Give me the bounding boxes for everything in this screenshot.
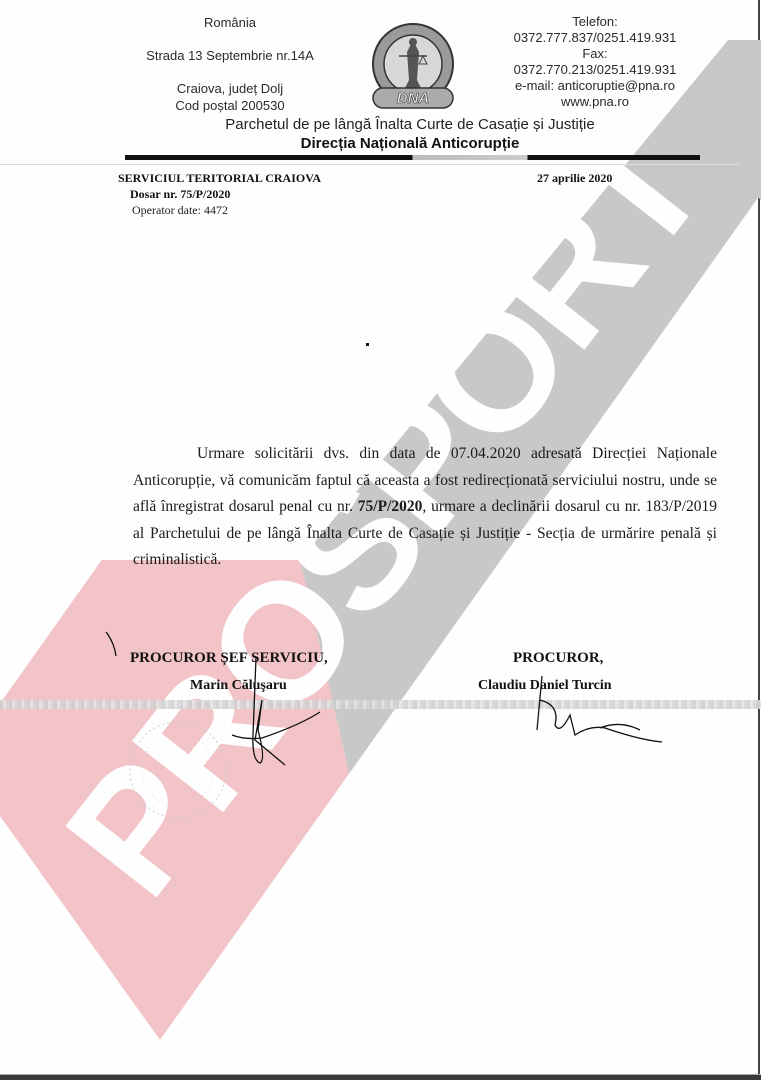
right-signatory-title: PROCUROR, xyxy=(513,650,603,667)
left-signatory-name: Marin Căluşaru xyxy=(190,678,287,694)
svg-text:DNA: DNA xyxy=(397,90,430,107)
document-date: 27 aprilie 2020 xyxy=(537,171,612,186)
contact-block: Telefon: 0372.777.837/0251.419.931 Fax: … xyxy=(480,14,710,110)
right-signatory-name: Claudiu Daniel Turcin xyxy=(478,678,612,694)
service-name: SERVICIUL TERITORIAL CRAIOVA xyxy=(118,171,321,186)
left-signatory-title: PROCUROR ȘEF SERVICIU, xyxy=(130,650,328,667)
institution-line-1: Parchetul de pe lângă Înalta Curte de Ca… xyxy=(100,116,720,133)
institution-line-2: Direcția Națională Anticorupție xyxy=(100,135,720,152)
postal-code: Cod poștal 200530 xyxy=(110,97,350,114)
window-bottom-edge xyxy=(0,1074,761,1080)
scan-artifact-band xyxy=(0,700,761,709)
country: România xyxy=(110,14,350,31)
city: Craiova, județ Dolj xyxy=(110,80,350,97)
phone: 0372.777.837/0251.419.931 xyxy=(480,30,710,46)
phone-label: Telefon: xyxy=(480,14,710,30)
street: Strada 13 Septembrie nr.14A xyxy=(110,47,350,64)
body-case-number: 75/P/2020 xyxy=(358,498,423,515)
case-number: Dosar nr. 75/P/2020 xyxy=(130,187,230,202)
divider xyxy=(0,164,740,165)
fax: 0372.770.213/0251.419.931 xyxy=(480,62,710,78)
address-block: România Strada 13 Septembrie nr.14A Crai… xyxy=(110,14,350,114)
dna-seal-icon: DNA xyxy=(363,22,463,114)
scan-speck xyxy=(366,343,369,346)
email: e-mail: anticoruptie@pna.ro xyxy=(480,78,710,94)
letter-body: Urmare solicitării dvs. din data de 07.0… xyxy=(133,441,717,574)
operator-id: Operator date: 4472 xyxy=(132,203,228,218)
fax-label: Fax: xyxy=(480,46,710,62)
website: www.pna.ro xyxy=(480,94,710,110)
header-rule xyxy=(125,155,700,160)
